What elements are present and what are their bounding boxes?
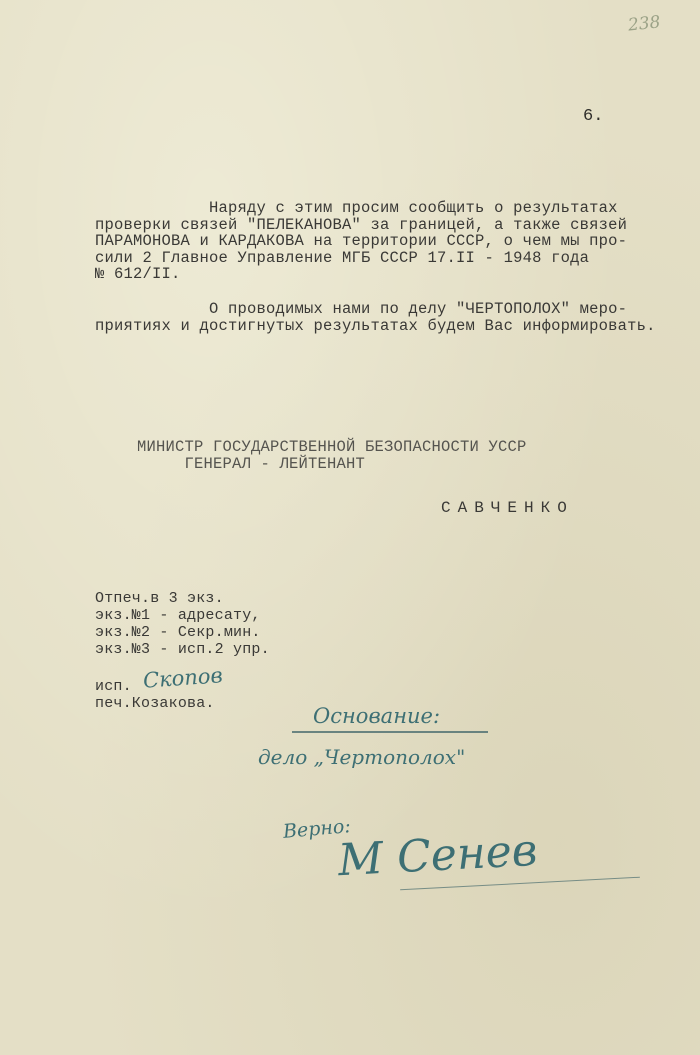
basis-label-handwritten: Основание: (313, 704, 440, 728)
signatory-title: МИНИСТР ГОСУДАРСТВЕННОЙ БЕЗОПАСНОСТИ УСС… (137, 439, 527, 472)
distribution-list: Отпеч.в 3 экз. экз.№1 - адресату, экз.№2… (95, 590, 270, 658)
paragraph-will-inform: О проводимых нами по делу "ЧЕРТОПОЛОХ" м… (95, 301, 656, 334)
verified-signature: М Сенев (337, 825, 539, 886)
signatory-name: САВЧЕНКО (441, 500, 574, 517)
document-page (0, 0, 700, 1055)
basis-text-handwritten: дело „Чертополох" (258, 745, 465, 769)
basis-underline (292, 731, 488, 733)
archive-page-number: 238 (627, 12, 661, 35)
paragraph-request-results: Наряду с этим просим сообщить о результа… (95, 200, 627, 283)
page-number: 6. (583, 107, 603, 126)
